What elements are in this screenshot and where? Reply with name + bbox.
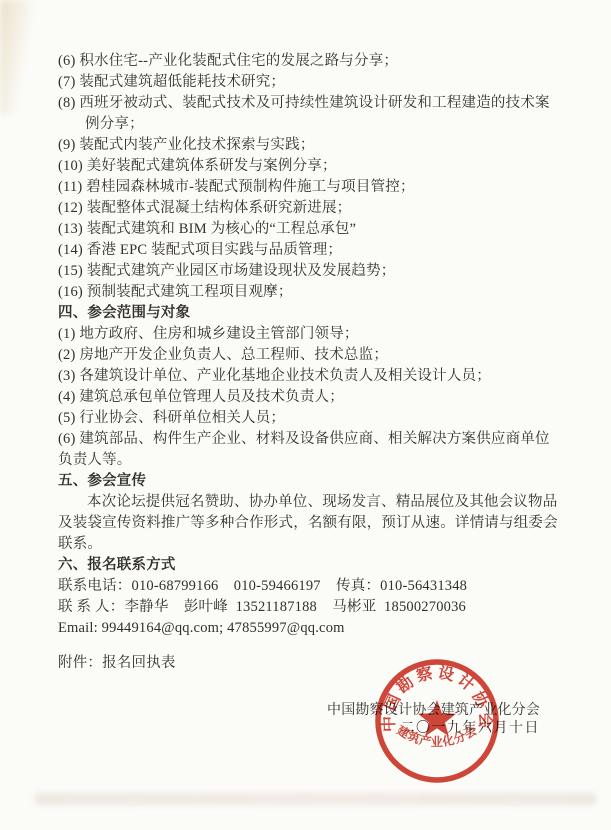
document-page: (6) 积水住宅--产业化装配式住宅的发展之路与分享；(7) 装配式建筑超低能耗… xyxy=(0,0,611,830)
agenda-item: (11) 碧桂园森林城市-装配式预制构件施工与项目管控； xyxy=(58,177,558,198)
signature-block: 中国勘察设计协会建筑产业化分会 二〇一九年六月十日 xyxy=(58,702,558,737)
section5-title: 五、参会宣传 xyxy=(58,471,558,492)
agenda-item: (12) 装配整体式混凝土结构体系研究新进展； xyxy=(58,198,558,219)
section4-title: 四、参会范围与对象 xyxy=(58,303,558,324)
section4-list: (1) 地方政府、住房和城乡建设主管部门领导；(2) 房地产开发企业负责人、总工… xyxy=(58,324,558,471)
agenda-list: (6) 积水住宅--产业化装配式住宅的发展之路与分享；(7) 装配式建筑超低能耗… xyxy=(58,51,558,303)
contacts-line: 联 系 人：李静华 彭叶峰 13521187188 马彬亚 1850027003… xyxy=(58,597,558,618)
attachment-line: 附件：报名回执表 xyxy=(58,653,558,674)
agenda-item: (14) 香港 EPC 装配式项目实践与品质管理； xyxy=(58,240,558,261)
issue-date: 二〇一九年六月十日 xyxy=(58,720,540,738)
attendee-item: (1) 地方政府、住房和城乡建设主管部门领导； xyxy=(58,324,558,345)
agenda-item: (9) 装配式内装产业化技术探索与实践； xyxy=(58,135,558,156)
agenda-item: (15) 装配式建筑产业园区市场建设现状及发展趋势； xyxy=(58,261,558,282)
attendee-item: (5) 行业协会、科研单位相关人员； xyxy=(58,408,558,429)
document-content: (6) 积水住宅--产业化装配式住宅的发展之路与分享；(7) 装配式建筑超低能耗… xyxy=(0,0,611,830)
phone-line: 联系电话：010-68799166 010-59466197 传真：010-56… xyxy=(58,576,558,597)
section5-paragraph: 本次论坛提供冠名赞助、协办单位、现场发言、精品展位及其他会议物品 及装袋宣传资料… xyxy=(58,492,558,555)
attendee-item: (2) 房地产开发企业负责人、总工程师、技术总监； xyxy=(58,345,558,366)
section6-title: 六、报名联系方式 xyxy=(58,555,558,576)
attendee-item: (4) 建筑总承包单位管理人员及技术负责人； xyxy=(58,387,558,408)
agenda-item: (13) 装配式建筑和 BIM 为核心的“工程总承包” xyxy=(58,219,558,240)
attendee-item: (3) 各建筑设计单位、产业化基地企业技术负责人及相关设计人员； xyxy=(58,366,558,387)
email-line: Email: 99449164@qq.com; 47855997@qq.com xyxy=(58,618,558,639)
attendee-item: (6) 建筑部品、构件生产企业、材料及设备供应商、相关解决方案供应商单位 负责人… xyxy=(58,429,558,471)
agenda-item: (10) 美好装配式建筑体系研发与案例分享； xyxy=(58,156,558,177)
issuer-name: 中国勘察设计协会建筑产业化分会 xyxy=(58,702,540,720)
agenda-item: (7) 装配式建筑超低能耗技术研究； xyxy=(58,72,558,93)
agenda-item: (16) 预制装配式建筑工程项目观摩； xyxy=(58,282,558,303)
agenda-item: (6) 积水住宅--产业化装配式住宅的发展之路与分享； xyxy=(58,51,558,72)
agenda-item: (8) 西班牙被动式、装配式技术及可持续性建筑设计研发和工程建造的技术案 例分享… xyxy=(58,93,558,135)
